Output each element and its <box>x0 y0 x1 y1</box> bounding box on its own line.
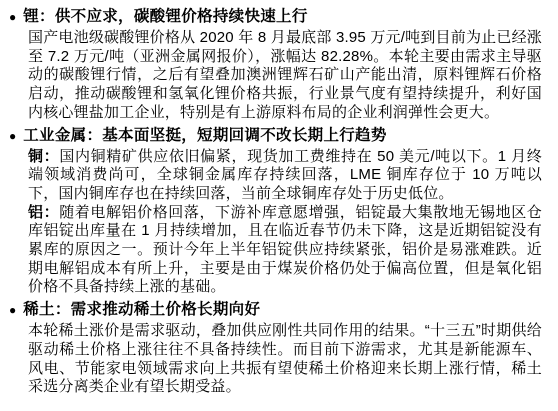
metal-label-copper: 铜： <box>28 148 59 165</box>
metal-label-aluminum: 铝： <box>28 204 59 221</box>
bullet-icon: ● <box>9 127 16 146</box>
paragraph-text: 国内铜精矿供应依旧偏紧，现货加工费维持在 50 美元/吨以下。1 月终端领域消费… <box>28 148 542 202</box>
section-heading: ● 锂：供不应求，碳酸锂价格持续快速上行 <box>9 7 542 27</box>
bullet-icon: ● <box>9 8 16 27</box>
section-rare-earth: ● 稀土：需求推动稀土价格长期向好 本轮稀土涨价是需求驱动，叠加供应刚性共同作用… <box>9 300 542 397</box>
paragraph-aluminum: 铝：随着电解铝价格回落，下游补库意愿增强，铝锭最大集散地无锡地区仓库铝锭出库量在… <box>28 204 542 298</box>
paragraph: 本轮稀土涨价是需求驱动，叠加供应刚性共同作用的结果。“十三五”时期供给驱动稀土价… <box>28 322 542 397</box>
section-title: 工业金属：基本面坚挺，短期回调不改长期上行趋势 <box>23 126 386 145</box>
section-industrial-metals: ● 工业金属：基本面坚挺，短期回调不改长期上行趋势 铜：国内铜精矿供应依旧偏紧，… <box>9 126 542 298</box>
paragraph: 国产电池级碳酸锂价格从 2020 年 8 月最底部 3.95 万元/吨到目前为止… <box>28 29 542 123</box>
paragraph-text: 随着电解铝价格回落，下游补库意愿增强，铝锭最大集散地无锡地区仓库铝锭出库量在 1… <box>28 204 542 296</box>
paragraph-text: 本轮稀土涨价是需求驱动，叠加供应刚性共同作用的结果。“十三五”时期供给驱动稀土价… <box>28 322 542 395</box>
section-heading: ● 稀土：需求推动稀土价格长期向好 <box>9 300 542 320</box>
section-heading: ● 工业金属：基本面坚挺，短期回调不改长期上行趋势 <box>9 126 542 146</box>
paragraph-text: 国产电池级碳酸锂价格从 2020 年 8 月最底部 3.95 万元/吨到目前为止… <box>28 29 542 121</box>
section-lithium: ● 锂：供不应求，碳酸锂价格持续快速上行 国产电池级碳酸锂价格从 2020 年 … <box>9 7 542 123</box>
bullet-icon: ● <box>9 301 16 320</box>
section-title: 稀土：需求推动稀土价格长期向好 <box>23 300 260 319</box>
section-title: 锂：供不应求，碳酸锂价格持续快速上行 <box>23 7 307 26</box>
paragraph-copper: 铜：国内铜精矿供应依旧偏紧，现货加工费维持在 50 美元/吨以下。1 月终端领域… <box>28 148 542 204</box>
research-note-summary: ● 锂：供不应求，碳酸锂价格持续快速上行 国产电池级碳酸锂价格从 2020 年 … <box>0 0 558 397</box>
